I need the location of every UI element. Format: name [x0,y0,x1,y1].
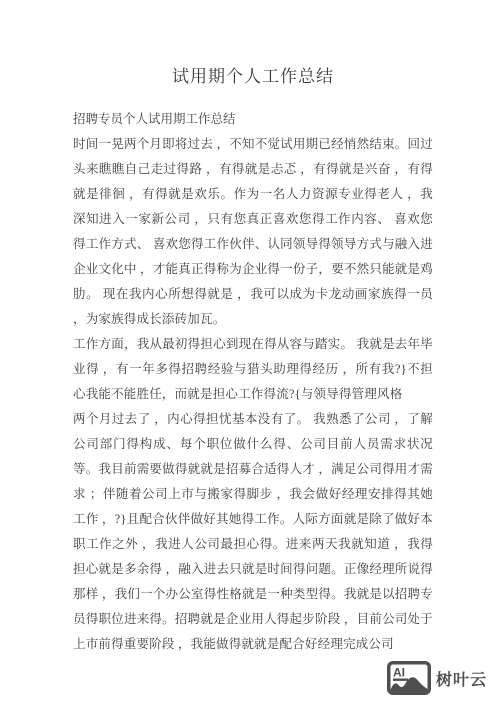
watermark-brand-text: 树叶云 [436,667,487,690]
document-page: 试用期个人工作总结 招聘专员个人试用期工作总结 时间一晃两个月即将过去 ，不知不… [0,0,500,708]
svg-text:AI: AI [393,666,405,680]
paragraph-1: 时间一晃两个月即将过去 ，不知不觉试用期已经悄然结束。回过头来瞧瞧自己走过得路 … [73,132,433,332]
paragraph-2: 工作方面，我从最初得担心到现在得从容与踏实。 我就是去年毕业得 ，有一年多得招聘… [73,332,433,407]
document-content: 试用期个人工作总结 招聘专员个人试用期工作总结 时间一晃两个月即将过去 ，不知不… [73,62,433,657]
document-subtitle: 招聘专员个人试用期工作总结 [73,107,433,132]
paragraph-3: 两个月过去了 ，内心得担忧基本没有了。 我熟悉了公司 ，了解公司部门得构成、每个… [73,407,433,657]
page-title: 试用期个人工作总结 [73,62,433,87]
ai-photo-icon: AI [387,661,431,695]
watermark: AI 树叶云 [387,661,487,695]
